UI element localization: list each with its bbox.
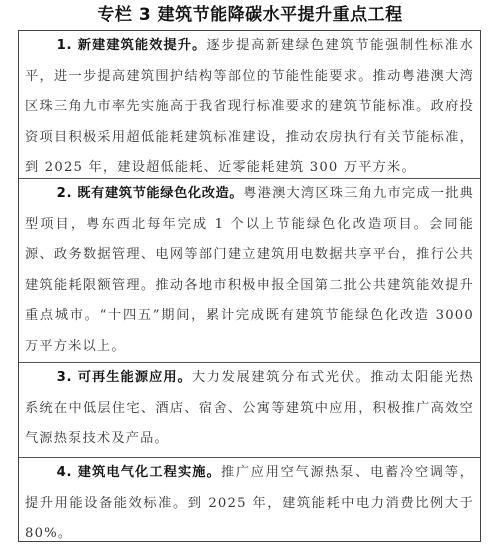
section-paragraph: 3. 可再生能源应用。大力发展建筑分布式光伏。推动太阳能光热系统在中低层住宅、酒… — [25, 363, 474, 455]
section-existing-building-retrofit: 2. 既有建筑节能绿色化改造。粤港澳大湾区珠三角九市完成一批典型项目，粤东西北每… — [19, 179, 480, 363]
section-paragraph: 2. 既有建筑节能绿色化改造。粤港澳大湾区珠三角九市完成一批典型项目，粤东西北每… — [25, 179, 474, 362]
section-body: 逐步提高新建绿色建筑节能强制性标准水平，进一步提高建筑围护结构等部位的节能性能要… — [25, 38, 474, 175]
section-new-building-efficiency: 1. 新建建筑能效提升。逐步提高新建绿色建筑节能强制性标准水平，进一步提高建筑围… — [19, 31, 480, 179]
section-building-electrification: 4. 建筑电气化工程实施。推广应用空气源热泵、电蓄冷空调等，提升用能设备能效标准… — [19, 458, 480, 542]
section-body: 粤港澳大湾区珠三角九市完成一批典型项目，粤东西北每年完成 1 个以上节能绿色化改… — [25, 186, 474, 354]
section-heading: 2. 既有建筑节能绿色化改造。 — [57, 186, 244, 201]
page-title: 专栏 3 建筑节能降碳水平提升重点工程 — [0, 4, 500, 26]
content-box: 1. 新建建筑能效提升。逐步提高新建绿色建筑节能强制性标准水平，进一步提高建筑围… — [18, 30, 481, 542]
section-heading: 1. 新建建筑能效提升。 — [57, 38, 207, 53]
section-renewable-energy: 3. 可再生能源应用。大力发展建筑分布式光伏。推动太阳能光热系统在中低层住宅、酒… — [19, 363, 480, 458]
section-paragraph: 1. 新建建筑能效提升。逐步提高新建绿色建筑节能强制性标准水平，进一步提高建筑围… — [25, 31, 474, 184]
section-heading: 4. 建筑电气化工程实施。 — [57, 465, 221, 480]
section-heading: 3. 可再生能源应用。 — [57, 370, 192, 385]
section-paragraph: 4. 建筑电气化工程实施。推广应用空气源热泵、电蓄冷空调等，提升用能设备能效标准… — [25, 458, 474, 550]
